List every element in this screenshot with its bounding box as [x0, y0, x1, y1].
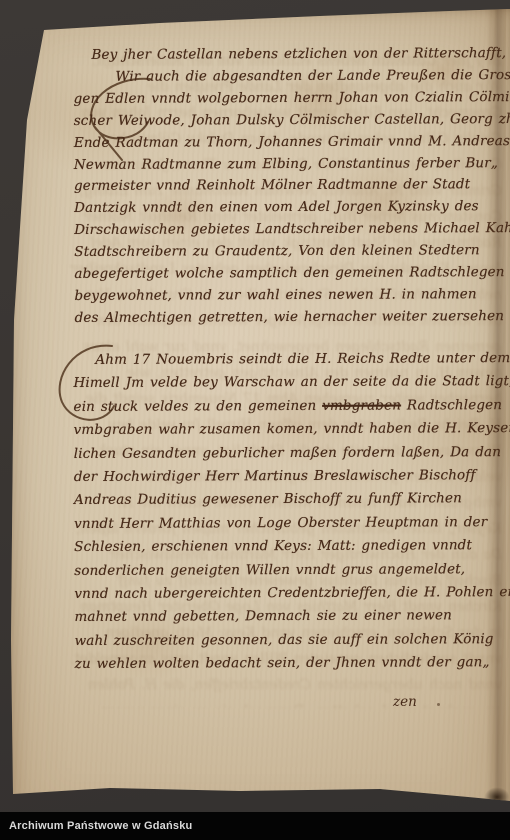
manuscript-line: ein stuck veldes zu den gemeinen vmbgrab…	[73, 394, 507, 419]
manuscript-line: Himell Jm velde bey Warschaw an der seit…	[73, 370, 507, 395]
manuscript-line: Ahm 17 Nouembris seindt die H. Reichs Re…	[73, 347, 507, 372]
manuscript-line: gen Edlen vnndt wolgebornen herrn Johan …	[74, 87, 508, 111]
manuscript-line: sonderlichen geneigten Willen vnndt grus…	[74, 558, 508, 583]
manuscript-line: Bey jher Castellan nebens etzlichen von …	[73, 43, 507, 67]
manuscript-line: beygewohnet, vnnd zur wahl eines newen H…	[74, 284, 508, 308]
manuscript-line: lichen Gesandten geburlicher maßen forde…	[74, 441, 508, 466]
manuscript-line: Schlesien, erschienen vnnd Keys: Matt: g…	[74, 534, 508, 559]
manuscript-line: der Hochwirdiger Herr Martinus Breslawis…	[74, 464, 508, 489]
manuscript-page: Bey jher Castellan nebens etzlichen von …	[0, 0, 510, 840]
manuscript-line: germeister vnnd Reinholt Mölner Radtmann…	[74, 174, 508, 198]
manuscript-line: Wir auch die abgesandten der Lande Preuß…	[73, 65, 507, 89]
archive-photo: Bey jher Castellan nebens etzlichen von …	[0, 0, 510, 840]
manuscript-line: Ende Radtman zu Thorn, Johannes Grimair …	[74, 131, 508, 155]
watermark-bar: Archiwum Państwowe w Gdańsku	[0, 812, 510, 840]
manuscript-line: Dantzigk vnndt den einen vom Adel Jorgen…	[74, 196, 508, 220]
manuscript-paragraph-1: Bey jher Castellan nebens etzlichen von …	[73, 43, 508, 330]
manuscript-line: Newman Radtmanne zum Elbing, Constantinu…	[74, 153, 508, 177]
manuscript-line: vnnd nach ubergereichten Credentzbrieffe…	[74, 581, 508, 606]
manuscript-line: abegefertiget wolche samptlich den gemei…	[74, 262, 508, 286]
manuscript-line: Stadtschreibern zu Graudentz, Von den kl…	[74, 240, 508, 264]
manuscript-line: wahl zuschreiten gesonnen, das sie auff …	[75, 628, 509, 653]
manuscript-line: Dirschawischen gebietes Landtschreiber n…	[74, 218, 508, 242]
manuscript-line: vmbgraben wahr zusamen komen, vnndt habe…	[74, 417, 508, 442]
struck-word: vmbgraben	[322, 397, 401, 413]
manuscript-line: scher Weiwode, Johan Dulsky Cölmischer C…	[74, 109, 508, 133]
manuscript-line: zu wehlen wolten bedacht sein, der Jhnen…	[75, 651, 509, 676]
ink-dot	[437, 703, 440, 706]
manuscript-paragraph-2: Ahm 17 Nouembris seindt die H. Reichs Re…	[73, 347, 508, 677]
archive-watermark-label: Archiwum Państwowe w Gdańsku	[9, 820, 192, 832]
manuscript-line: mahnet vnnd gebetten, Demnach sie zu ein…	[74, 605, 508, 630]
catchword: zen	[393, 694, 417, 710]
manuscript-line: des Almechtigen getretten, wie hernacher…	[75, 306, 509, 330]
manuscript-line: vnndt Herr Matthias von Loge Oberster He…	[74, 511, 508, 536]
page-gutter-fold	[486, 8, 506, 802]
manuscript-line: Andreas Duditius gewesener Bischoff zu f…	[74, 487, 508, 512]
